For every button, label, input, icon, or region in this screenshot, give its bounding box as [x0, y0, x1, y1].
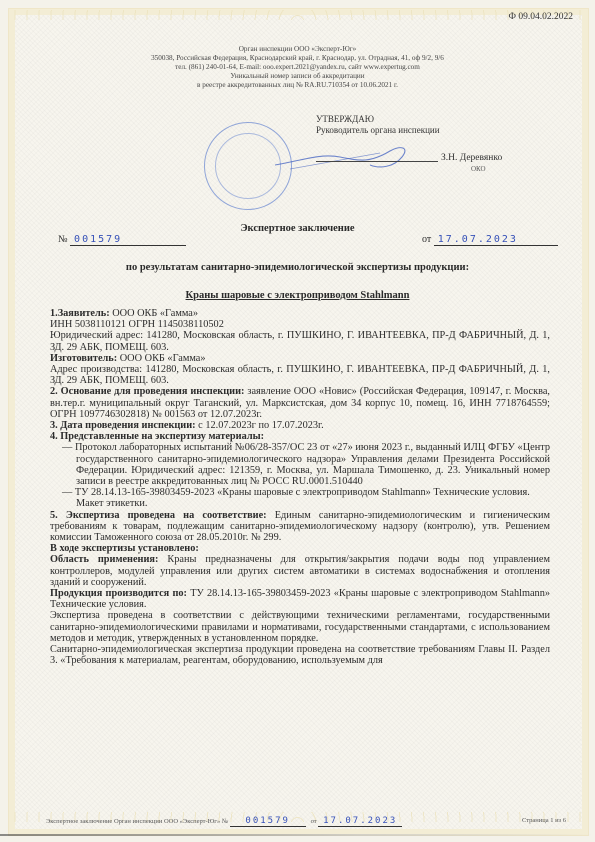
number-label: № — [58, 234, 68, 245]
document-date: от 17.07.2023 — [422, 234, 558, 246]
conducted-statement: Экспертиза проведена в соответствии с де… — [50, 610, 550, 644]
footer-number: 001579 — [230, 816, 306, 827]
document-body: 1.Заявитель: ООО ОКБ «Гамма» ИНН 5038110… — [50, 308, 550, 667]
page-footer: Экспертное заключение Орган инспекции ОО… — [46, 816, 566, 827]
scope: Область применения: Краны предназначены … — [50, 554, 550, 588]
applicant: 1.Заявитель: ООО ОКБ «Гамма» — [50, 308, 550, 319]
approval-heading: УТВЕРЖДАЮ — [316, 114, 516, 125]
date-label: от — [422, 234, 431, 245]
org-name: Орган инспекции ООО «Эксперт-Юг» — [60, 45, 535, 54]
material-item: — Протокол лабораторных испытаний №06/28… — [62, 442, 550, 487]
decorative-border-top — [10, 10, 585, 20]
number-value: 001579 — [70, 234, 186, 246]
product-name: Краны шаровые с электроприводом Stahlman… — [0, 290, 595, 301]
established-heading: В ходе экспертизы установлено: — [50, 543, 550, 554]
footer-date-label: от — [311, 818, 317, 825]
document-title: Экспертное заключение — [0, 223, 595, 234]
signature-icon — [270, 143, 420, 173]
organization-header: Орган инспекции ООО «Эксперт-Юг» 350038,… — [60, 45, 535, 90]
org-address: 350038, Российская Федерация, Краснодарс… — [60, 54, 535, 63]
accreditation-label: Уникальный номер записи об аккредитации — [60, 72, 535, 81]
footer-label: Экспертное заключение Орган инспекции ОО… — [46, 818, 228, 825]
material-item: — ТУ 28.14.13-165-39803459-2023 «Краны ш… — [62, 487, 550, 498]
approval-block: УТВЕРЖДАЮ Руководитель органа инспекции … — [316, 114, 516, 136]
org-contacts: тел. (861) 240-01-64, E-mail: ooo.expert… — [60, 63, 535, 72]
label-mockup: Макет этикетки. — [76, 498, 550, 509]
footer-date: 17.07.2023 — [318, 816, 402, 827]
signature-line — [316, 161, 438, 162]
accreditation-number: в реестре аккредитованных лиц № RA.RU.71… — [60, 81, 535, 90]
form-code: Ф 09.04.02.2022 — [508, 12, 573, 22]
approval-signer-sub: ОКО — [471, 164, 486, 175]
approval-position: Руководитель органа инспекции — [316, 125, 516, 136]
manufacturer: Изготовитель: ООО ОКБ «Гамма» — [50, 353, 550, 364]
inspection-date: 3. Дата проведения инспекции: с 12.07.20… — [50, 420, 550, 431]
production-address: Адрес производства: 141280, Московская о… — [50, 364, 550, 386]
compliance: 5. Экспертиза проведена на соответствие:… — [50, 510, 550, 544]
applicant-inn: ИНН 5038110121 ОГРН 1145038110502 — [50, 319, 550, 330]
scan-edge — [0, 834, 595, 836]
document-subtitle: по результатам санитарно-эпидемиологичес… — [0, 262, 595, 273]
materials-heading: 4. Представленные на экспертизу материал… — [50, 431, 550, 442]
inspection-basis: 2. Основание для проведения инспекции: з… — [50, 386, 550, 420]
conclusion-start: Санитарно-эпидемиологическая экспертиза … — [50, 644, 550, 666]
produced-by: Продукция производится по: ТУ 28.14.13-1… — [50, 588, 550, 610]
page-number: Страница 1 из 6 — [522, 817, 566, 824]
date-value: 17.07.2023 — [434, 234, 558, 246]
legal-address: Юридический адрес: 141280, Московская об… — [50, 330, 550, 352]
approval-signer: З.Н. Деревянко — [441, 153, 502, 164]
document-number: № 001579 — [58, 234, 186, 246]
